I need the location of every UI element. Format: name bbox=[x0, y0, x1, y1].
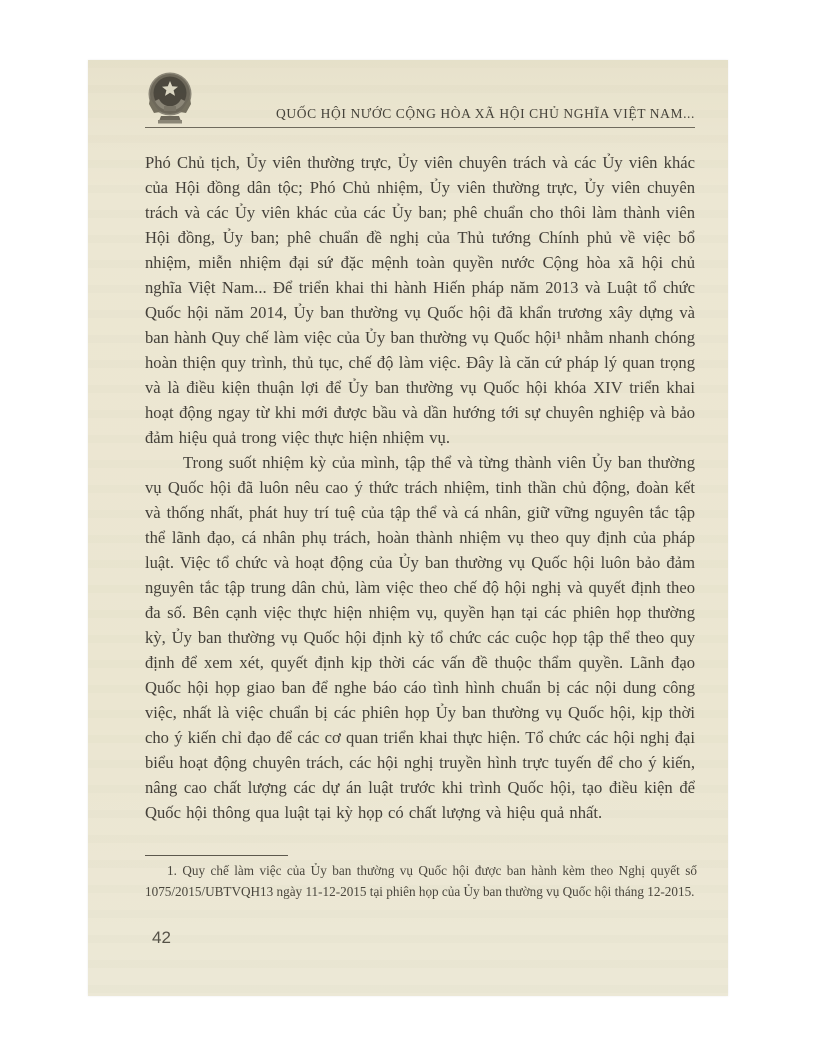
paragraph: Phó Chủ tịch, Ủy viên thường trực, Ủy vi… bbox=[145, 150, 695, 450]
vietnam-national-emblem-icon bbox=[147, 68, 193, 126]
page-header: QUỐC HỘI NƯỚC CỘNG HÒA XÃ HỘI CHỦ NGHĨA … bbox=[145, 60, 695, 128]
footnote-separator bbox=[145, 855, 288, 856]
scanned-book-page: QUỐC HỘI NƯỚC CỘNG HÒA XÃ HỘI CHỦ NGHĨA … bbox=[0, 0, 816, 1056]
body-text: Phó Chủ tịch, Ủy viên thường trực, Ủy vi… bbox=[145, 150, 695, 825]
paragraph: Trong suốt nhiệm kỳ của mình, tập thể và… bbox=[145, 450, 695, 825]
footnote: 1. Quy chế làm việc của Ủy ban thường vụ… bbox=[145, 861, 697, 902]
page: QUỐC HỘI NƯỚC CỘNG HÒA XÃ HỘI CHỦ NGHĨA … bbox=[88, 60, 728, 996]
page-number: 42 bbox=[152, 928, 171, 948]
running-head-title: QUỐC HỘI NƯỚC CỘNG HÒA XÃ HỘI CHỦ NGHĨA … bbox=[276, 106, 695, 122]
